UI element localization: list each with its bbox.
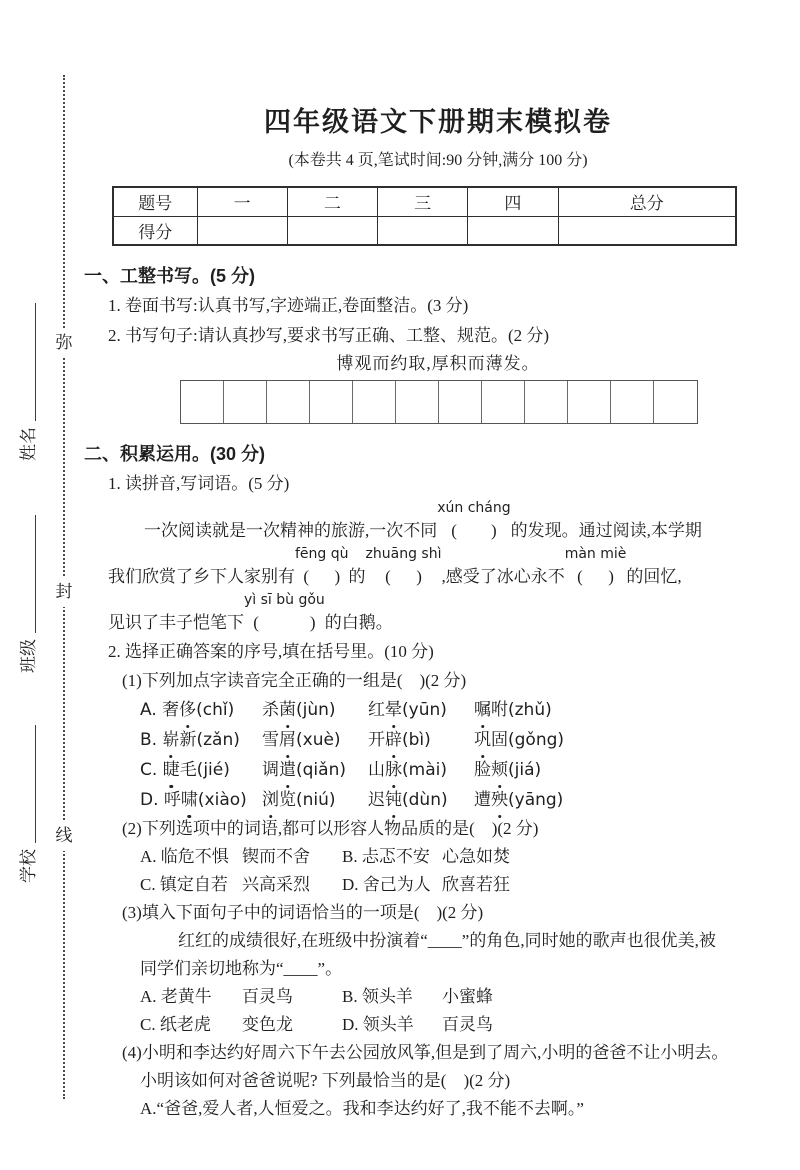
word-option: C. 纸老虎 bbox=[140, 1011, 242, 1039]
q2-sub3-option-row: C. 纸老虎 变色龙 D. 领头羊 百灵鸟 bbox=[140, 1011, 792, 1039]
q2-sub1-option-row: D. 呼啸(xiào) 浏览(niú) 迟钝(dùn) 遭殃(yāng) bbox=[140, 785, 792, 815]
pinyin-hint: zhuāng shì bbox=[366, 545, 442, 563]
word-option: C. 镇定自若 bbox=[140, 871, 242, 899]
q1-line-2: 我们欣赏了乡下人家别有fēng qù( )的zhuāng shì( ),感受了冰… bbox=[108, 545, 792, 591]
q2-sub4-prompt-line1: (4)小明和李达约好周六下午去公园放风筝,但是到了周六,小明的爸爸不让小明去。 bbox=[122, 1039, 792, 1067]
pronunciation-option: 调遣(qiǎn) bbox=[262, 755, 368, 785]
q2-sub3-prompt: (3)填入下面句子中的词语恰当的一项是( )(2 分) bbox=[122, 899, 792, 927]
word-option: 锲而不舍 bbox=[242, 843, 342, 871]
q2-sub3-body-line1: 红红的成绩很好,在班级中扮演着“____”的角色,同时她的歌声也很优美,被 bbox=[178, 927, 792, 955]
pinyin-hint: yì sī bù gǒu bbox=[244, 591, 325, 609]
pronunciation-option: 雪屑(xuè) bbox=[262, 725, 368, 755]
dotted-char: 钝 bbox=[385, 785, 402, 815]
pronunciation-option: A. 奢侈(chǐ) bbox=[140, 695, 262, 725]
section-1-item-2: 2. 书写句子:请认真抄写,要求书写正确、工整、规范。(2 分) bbox=[108, 321, 792, 351]
school-field-label: 学校 bbox=[17, 849, 41, 883]
q1-line-1: 一次阅读就是一次精神的旅游,一次不同xún cháng( )的发现。通过阅读,本… bbox=[144, 499, 792, 545]
dotted-char: 巩 bbox=[474, 725, 491, 755]
dotted-char: 屑 bbox=[279, 725, 296, 755]
q1-line2-text: 的 bbox=[349, 567, 366, 586]
name-field: 姓名 bbox=[17, 301, 41, 461]
exam-title: 四年级语文下册期末模拟卷 bbox=[84, 104, 792, 140]
score-empty-cell bbox=[558, 216, 736, 245]
q2-sub3-option-row: A. 老黄牛 百灵鸟 B. 领头羊 小蜜蜂 bbox=[140, 983, 792, 1011]
dotted-char: 遣 bbox=[279, 755, 296, 785]
writing-cell bbox=[439, 381, 482, 423]
pronunciation-option: C. 睫毛(jié) bbox=[140, 755, 262, 785]
score-empty-cell bbox=[378, 216, 468, 245]
pronunciation-option: 脸颊(jiá) bbox=[474, 755, 792, 785]
pronunciation-option: 杀菌(jùn) bbox=[262, 695, 368, 725]
pinyin-hint: màn miè bbox=[565, 545, 627, 563]
q2-sub2-option-row: A. 临危不惧 锲而不舍 B. 忐忑不安 心急如焚 bbox=[140, 843, 792, 871]
pronunciation-option: 浏览(niú) bbox=[262, 785, 368, 815]
writing-cell bbox=[224, 381, 267, 423]
pronunciation-option: 开辟(bì) bbox=[368, 725, 474, 755]
score-table-header-cell: 一 bbox=[197, 187, 287, 216]
writing-cell bbox=[525, 381, 568, 423]
score-empty-cell bbox=[197, 216, 287, 245]
school-field: 学校 bbox=[17, 723, 41, 883]
dotted-char: 颊 bbox=[491, 755, 508, 785]
dotted-char: 脉 bbox=[385, 755, 402, 785]
score-table-header-cell: 二 bbox=[287, 187, 377, 216]
score-table-header-cell: 题号 bbox=[113, 187, 197, 216]
score-table-header-cell: 三 bbox=[378, 187, 468, 216]
dotted-char: 睫 bbox=[163, 755, 180, 785]
dotted-char: 晕 bbox=[385, 695, 402, 725]
word-option: A. 老黄牛 bbox=[140, 983, 242, 1011]
word-option: D. 领头羊 bbox=[342, 1011, 442, 1039]
q1-line1-text: 一次阅读就是一次精神的旅游,一次不同 bbox=[144, 521, 437, 540]
dotted-char: 浏 bbox=[262, 785, 279, 815]
word-option: 心急如焚 bbox=[442, 843, 792, 871]
writing-cell bbox=[568, 381, 611, 423]
name-blank-line bbox=[35, 303, 36, 421]
pronunciation-option: D. 呼啸(xiào) bbox=[140, 785, 262, 815]
q2-sub1-prompt: (1)下列加点字读音完全正确的一组是( )(2 分) bbox=[122, 667, 792, 695]
pronunciation-option: 红晕(yūn) bbox=[368, 695, 474, 725]
q2-heading: 2. 选择正确答案的序号,填在括号里。(10 分) bbox=[108, 637, 792, 667]
pinyin-blank: xún cháng( ) bbox=[437, 499, 510, 545]
pronunciation-option: 遭殃(yāng) bbox=[474, 785, 792, 815]
dotted-char: 嘱 bbox=[474, 695, 491, 725]
seal-char-mi: 弥 bbox=[51, 328, 77, 358]
exam-content: 四年级语文下册期末模拟卷 (本卷共 4 页,笔试时间:90 分钟,满分 100 … bbox=[84, 104, 792, 1123]
class-field-label: 班级 bbox=[17, 639, 41, 673]
q2-sub3-body-line2: 同学们亲切地称为“____”。 bbox=[140, 955, 792, 983]
pinyin-blank: màn miè( ) bbox=[565, 545, 627, 591]
q1-line1-text: 的发现。通过阅读,本学期 bbox=[511, 521, 702, 540]
score-table: 题号 一 二 三 四 总分 得分 bbox=[112, 186, 737, 246]
class-blank-line bbox=[35, 515, 36, 633]
section-1-heading: 一、工整书写。(5 分) bbox=[84, 261, 792, 291]
score-table-header-cell: 四 bbox=[468, 187, 558, 216]
score-empty-cell bbox=[468, 216, 558, 245]
answer-blank: ( ) bbox=[303, 563, 340, 591]
dotted-char: 啸 bbox=[181, 785, 198, 815]
q1-line-3: 见识了丰子恺笔下yì sī bù gǒu( )的白鹅。 bbox=[108, 591, 792, 637]
q1-heading: 1. 读拼音,写词语。(5 分) bbox=[108, 469, 792, 499]
q2-sub4-option-a: A.“爸爸,爱人者,人恒爱之。我和李达约好了,我不能不去啊。” bbox=[140, 1095, 792, 1123]
q1-line2-text: 的回忆, bbox=[626, 567, 681, 586]
pronunciation-option: 嘱咐(zhǔ) bbox=[474, 695, 792, 725]
exam-paper-page: 弥 封 线 姓名 班级 学校 四年级语文下册期末模拟卷 (本卷共 4 页,笔试时… bbox=[0, 0, 800, 1170]
score-table-score-row: 得分 bbox=[113, 216, 736, 245]
q1-line2-text: 我们欣赏了乡下人家别有 bbox=[108, 567, 295, 586]
school-blank-line bbox=[35, 725, 36, 843]
writing-cell bbox=[482, 381, 525, 423]
q1-line2-text: ,感受了冰心永不 bbox=[441, 567, 564, 586]
word-option: 小蜜蜂 bbox=[442, 983, 792, 1011]
copy-sentence: 博观而约取,厚积而薄发。 bbox=[84, 351, 792, 377]
pinyin-blank: fēng qù( ) bbox=[295, 545, 349, 591]
writing-cell bbox=[353, 381, 396, 423]
word-option: 欣喜若狂 bbox=[442, 871, 792, 899]
writing-cell bbox=[181, 381, 224, 423]
word-option: D. 舍己为人 bbox=[342, 871, 442, 899]
word-option: 百灵鸟 bbox=[242, 983, 342, 1011]
pronunciation-option: B. 崭新(zǎn) bbox=[140, 725, 262, 755]
dotted-char: 崭 bbox=[162, 725, 179, 755]
writing-cell bbox=[654, 381, 697, 423]
writing-cell bbox=[310, 381, 353, 423]
pronunciation-option: 迟钝(dùn) bbox=[368, 785, 474, 815]
score-row-label: 得分 bbox=[113, 216, 197, 245]
answer-blank: ( ) bbox=[451, 517, 496, 545]
answer-blank: ( ) bbox=[385, 563, 422, 591]
seal-char-xian: 线 bbox=[51, 821, 77, 851]
q2-sub1-option-row: B. 崭新(zǎn) 雪屑(xuè) 开辟(bì) 巩固(gǒng) bbox=[140, 725, 792, 755]
q2-sub4-prompt-line2: 小明该如何对爸爸说呢? 下列最恰当的是( )(2 分) bbox=[140, 1067, 792, 1095]
word-option: 变色龙 bbox=[242, 1011, 342, 1039]
pinyin-blank: yì sī bù gǒu( ) bbox=[244, 591, 325, 637]
q2-sub2-prompt: (2)下列选项中的词语,都可以形容人物品质的是( )(2 分) bbox=[122, 815, 792, 843]
pinyin-blank: zhuāng shì( ) bbox=[366, 545, 442, 591]
class-field: 班级 bbox=[17, 513, 41, 673]
score-empty-cell bbox=[287, 216, 377, 245]
q2-sub1-option-row: A. 奢侈(chǐ) 杀菌(jùn) 红晕(yūn) 嘱咐(zhǔ) bbox=[140, 695, 792, 725]
dotted-char: 菌 bbox=[279, 695, 296, 725]
word-option: 百灵鸟 bbox=[442, 1011, 792, 1039]
pronunciation-option: 巩固(gǒng) bbox=[474, 725, 792, 755]
score-table-header-row: 题号 一 二 三 四 总分 bbox=[113, 187, 736, 216]
writing-grid bbox=[180, 380, 698, 424]
writing-cell bbox=[267, 381, 310, 423]
dotted-char: 侈 bbox=[179, 695, 196, 725]
answer-blank: ( ) bbox=[577, 563, 614, 591]
word-option: 兴高采烈 bbox=[242, 871, 342, 899]
word-option: B. 忐忑不安 bbox=[342, 843, 442, 871]
dotted-char: 辟 bbox=[385, 725, 402, 755]
seal-char-feng: 封 bbox=[51, 577, 77, 607]
word-option: A. 临危不惧 bbox=[140, 843, 242, 871]
name-field-label: 姓名 bbox=[17, 427, 41, 461]
section-2-heading: 二、积累运用。(30 分) bbox=[84, 439, 792, 469]
answer-blank: ( ) bbox=[253, 609, 315, 637]
word-option: B. 领头羊 bbox=[342, 983, 442, 1011]
q1-line3-text: 的白鹅。 bbox=[325, 613, 393, 632]
q1-line3-text: 见识了丰子恺笔下 bbox=[108, 613, 244, 632]
q2-sub2-option-row: C. 镇定自若 兴高采烈 D. 舍己为人 欣喜若狂 bbox=[140, 871, 792, 899]
score-table-header-cell: 总分 bbox=[558, 187, 736, 216]
dotted-char: 殃 bbox=[491, 785, 508, 815]
pinyin-hint: fēng qù bbox=[295, 545, 349, 563]
q2-sub1-option-row: C. 睫毛(jié) 调遣(qiǎn) 山脉(mài) 脸颊(jiá) bbox=[140, 755, 792, 785]
writing-cell bbox=[611, 381, 654, 423]
pronunciation-option: 山脉(mài) bbox=[368, 755, 474, 785]
exam-subtitle: (本卷共 4 页,笔试时间:90 分钟,满分 100 分) bbox=[84, 150, 792, 172]
pinyin-hint: xún cháng bbox=[437, 499, 510, 517]
section-1-item-1: 1. 卷面书写:认真书写,字迹端正,卷面整洁。(3 分) bbox=[108, 291, 792, 321]
writing-cell bbox=[396, 381, 439, 423]
